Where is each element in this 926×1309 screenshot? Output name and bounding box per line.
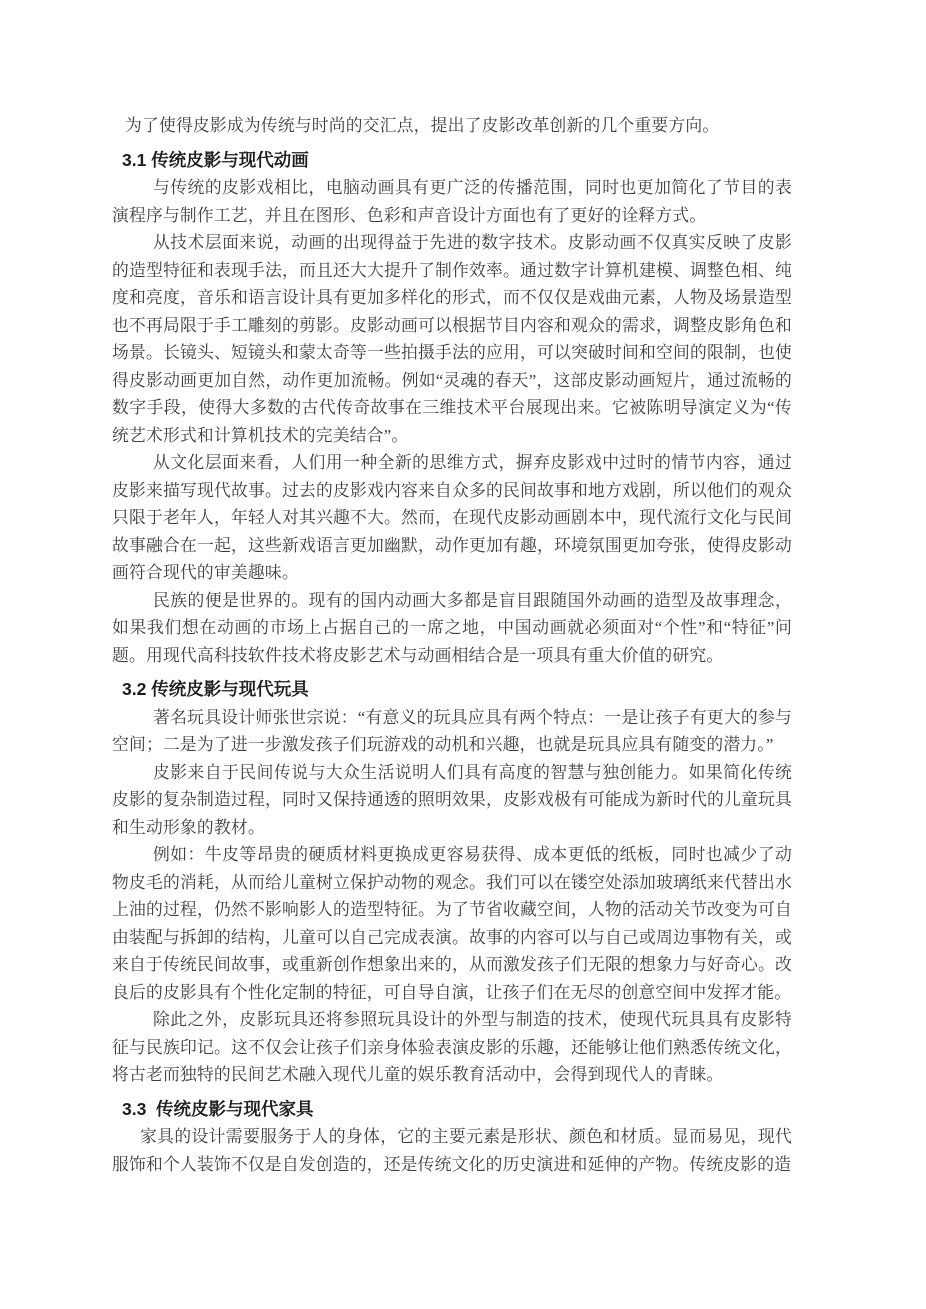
document-page: 为了使得皮影成为传统与时尚的交汇点，提出了皮影改革创新的几个重要方向。 3.1 … xyxy=(0,0,926,1309)
section-3-1-paragraph-4: 民族的便是世界的。现有的国内动画大多都是盲目跟随国外动画的造型及故事理念，如果我… xyxy=(112,587,792,670)
section-heading-3-3: 3.3 传统皮影与现代家具 xyxy=(112,1096,792,1124)
section-heading-3-2: 3.2 传统皮影与现代玩具 xyxy=(112,676,792,704)
section-3-2-paragraph-2: 皮影来自于民间传说与大众生活说明人们具有高度的智慧与独创能力。如果简化传统皮影的… xyxy=(112,759,792,842)
intro-continuation-paragraph: 为了使得皮影成为传统与时尚的交汇点，提出了皮影改革创新的几个重要方向。 xyxy=(112,112,792,140)
section-3-1-paragraph-3: 从文化层面来看，人们用一种全新的思维方式，摒弃皮影戏中过时的情节内容，通过皮影来… xyxy=(112,449,792,587)
section-3-1-paragraph-2: 从技术层面来说，动画的出现得益于先进的数字技术。皮影动画不仅真实反映了皮影的造型… xyxy=(112,229,792,449)
section-3-1-paragraph-1: 与传统的皮影戏相比，电脑动画具有更广泛的传播范围，同时也更加简化了节目的表演程序… xyxy=(112,174,792,229)
section-3-2-paragraph-3: 例如：牛皮等昂贵的硬质材料更换成更容易获得、成本更低的纸板，同时也减少了动物皮毛… xyxy=(112,841,792,1006)
section-3-2-paragraph-4: 除此之外，皮影玩具还将参照玩具设计的外型与制造的技术，使现代玩具具有皮影特征与民… xyxy=(112,1006,792,1089)
section-3-3-paragraph-1: 家具的设计需要服务于人的身体，它的主要元素是形状、颜色和材质。显而易见，现代服饰… xyxy=(112,1123,792,1178)
section-heading-3-1: 3.1 传统皮影与现代动画 xyxy=(112,147,792,175)
section-3-2-paragraph-1: 著名玩具设计师张世宗说：“有意义的玩具应具有两个特点：一是让孩子有更大的参与空间… xyxy=(112,704,792,759)
